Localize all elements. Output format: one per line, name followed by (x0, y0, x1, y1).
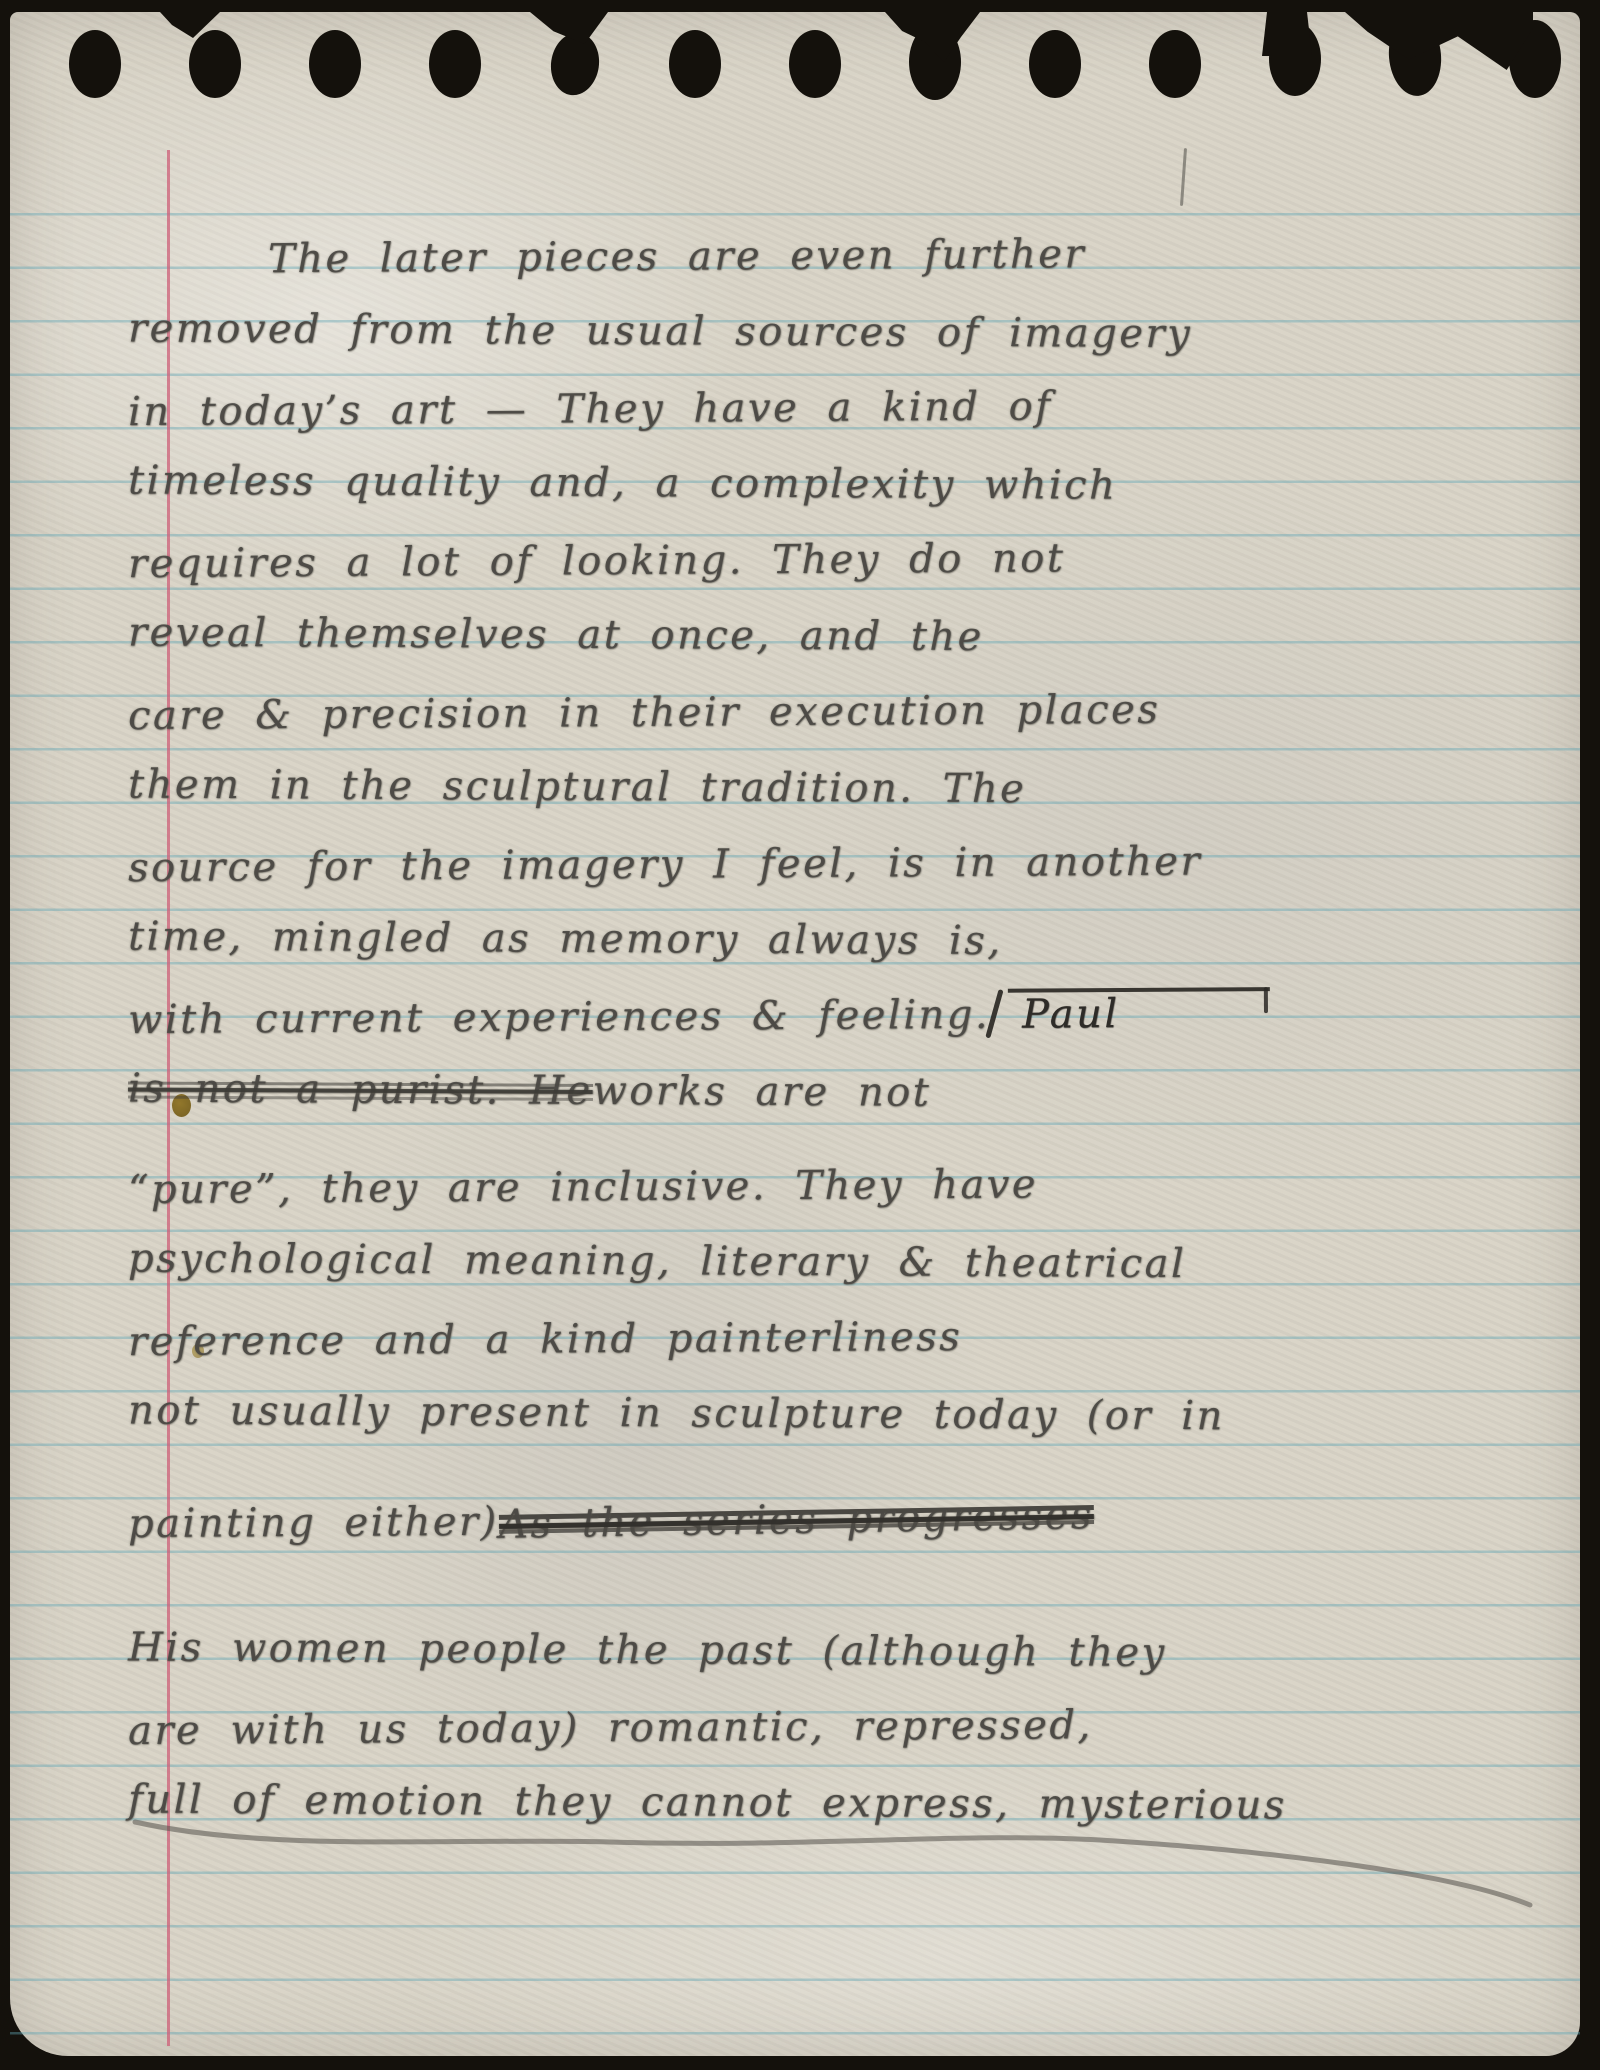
handwriting-line: source for the imagery I feel, is in ano… (10, 821, 1580, 907)
handwriting-segment: requires a lot of looking. They do not (128, 538, 1066, 584)
handwriting-segment: reveal themselves at once, and the (128, 613, 984, 657)
handwriting-line: removed from the usual sources of imager… (10, 290, 1580, 374)
punch-hole (1149, 30, 1201, 98)
handwriting-segment: them in the sculptural tradition. The (128, 765, 1026, 810)
handwriting-segment: care & precision in their execution plac… (128, 690, 1161, 736)
handwriting-segment: removed from the usual sources of imager… (128, 309, 1192, 355)
handwriting: The later pieces are even furtherremoved… (10, 218, 1580, 1841)
binding-holes (10, 30, 1580, 100)
handwriting-segment: Paul (1008, 987, 1270, 1035)
handwriting-segment: His women people the past (although they (128, 1628, 1167, 1673)
handwriting-segment: The later pieces are even further (268, 234, 1086, 279)
handwriting-segment: painting either) (128, 1502, 499, 1544)
handwriting-line: requires a lot of looking. They do not (10, 517, 1580, 603)
paper: The later pieces are even furtherremoved… (10, 12, 1580, 2056)
punch-hole (909, 24, 961, 100)
handwriting-line: are with us today) romantic, repressed, (10, 1684, 1580, 1770)
handwriting-line: them in the sculptural tradition. The (10, 746, 1580, 830)
handwriting-line: psychological meaning, literary & theatr… (10, 1220, 1580, 1304)
handwriting-line: His women people the past (although they (10, 1609, 1580, 1693)
punch-hole (547, 30, 603, 99)
handwriting-line: timeless quality and, a complexity which (10, 442, 1580, 526)
handwriting-line: not usually present in sculpture today (… (10, 1372, 1580, 1456)
handwriting-line: “pure”, they are inclusive. They have (10, 1143, 1580, 1229)
handwriting-segment: with current experiences & feeling. (128, 995, 990, 1040)
handwriting-segment: reference and a kind painterliness (128, 1317, 962, 1362)
punch-hole (1509, 20, 1561, 98)
punch-hole (1269, 22, 1321, 96)
handwriting-segment: full of emotion they cannot express, mys… (128, 1780, 1287, 1826)
handwriting-segment: source for the imagery I feel, is in ano… (128, 842, 1202, 889)
handwriting-segment: time, mingled as memory always is, (128, 917, 1003, 962)
punch-hole (69, 30, 121, 98)
punch-hole (309, 30, 361, 98)
handwriting-segment: As the series progresses (498, 1495, 1093, 1545)
handwriting-segment: “pure”, they are inclusive. They have (128, 1165, 1038, 1211)
stray-pencil-mark (1180, 148, 1187, 206)
handwriting-segment: not usually present in sculpture today (… (128, 1391, 1225, 1437)
handwriting-line: painting either) As the series progresse… (10, 1477, 1580, 1563)
handwriting-segment: are with us today) romantic, repressed, (128, 1705, 1093, 1751)
punch-hole (789, 30, 841, 98)
punch-hole (669, 30, 721, 98)
handwriting-line: reveal themselves at once, and the (10, 594, 1580, 678)
handwriting-line: reference and a kind painterliness (10, 1295, 1580, 1381)
punch-hole (1029, 30, 1081, 98)
handwriting-line: with current experiences & feeling.Paul (10, 973, 1580, 1059)
scanned-notebook-photo: The later pieces are even furtherremoved… (0, 0, 1600, 2070)
handwriting-line: time, mingled as memory always is, (10, 898, 1580, 982)
handwriting-line: care & precision in their execution plac… (10, 669, 1580, 755)
handwriting-segment: psychological meaning, literary & theatr… (128, 1239, 1186, 1285)
handwriting-segment: is not a purist. He (128, 1069, 593, 1111)
handwriting-line: full of emotion they cannot express, mys… (10, 1761, 1580, 1845)
handwriting-segment: timeless quality and, a complexity which (128, 461, 1117, 506)
punch-hole (1386, 14, 1445, 98)
punch-hole (429, 30, 481, 98)
handwriting-segment: works are not (593, 1071, 932, 1113)
handwriting-line: in today’s art — They have a kind of (10, 365, 1580, 451)
handwriting-line: The later pieces are even further (10, 213, 1580, 299)
punch-hole (189, 30, 241, 98)
handwriting-line: is not a purist. He works are not (10, 1050, 1580, 1134)
handwriting-segment: in today’s art — They have a kind of (128, 386, 1053, 432)
